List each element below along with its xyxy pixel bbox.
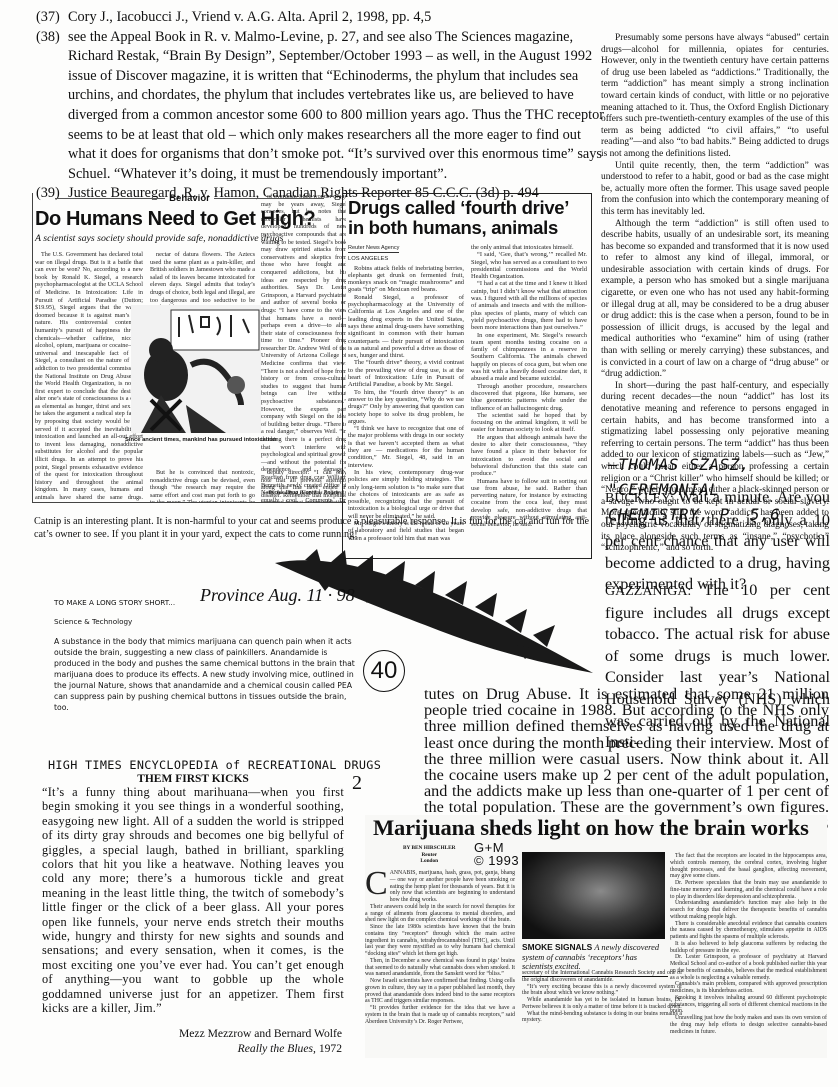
excerpt-authors: Mezz Mezzrow and Bernard Wolfe — [42, 1026, 342, 1041]
paragraph: ANNABIS, marijuana, hash, grass, pot, ga… — [390, 870, 515, 903]
footnotes: (37) Cory J., Iacobucci J., Vriend v. A.… — [36, 8, 606, 204]
paragraph: Now Israeli scientists have confirmed th… — [365, 978, 515, 1005]
excerpt-body: “It’s a funny thing about marihuana—when… — [42, 785, 344, 1016]
behavior-article: Behavior Do Humans Need to Get High? A s… — [32, 193, 346, 503]
margin-mark: 2 — [352, 772, 362, 795]
column-text: nectar of datura flowers. The Aztecs use… — [150, 251, 255, 312]
news-agency: Reuter News Agency — [348, 245, 399, 253]
column-text: The U.S. Government has declared total w… — [35, 251, 143, 503]
clipping-section: Science & Technology — [54, 617, 360, 626]
szasz-paragraph: Presumably some persons have always “abu… — [601, 33, 829, 161]
footnote-text: Cory J., Iacobucci J., Vriend v. A.G. Al… — [68, 8, 606, 28]
paragraph: “I think we have to recognize that one o… — [348, 425, 464, 469]
fourth-drive-article: Drugs called ‘fourth drive’ in both huma… — [342, 193, 592, 559]
paragraph: “It’s very exciting because this is a ne… — [522, 984, 682, 998]
clipping-body: A substance in the body that mimics mari… — [54, 636, 360, 713]
footnote-text: see the Appeal Book in R. v. Malmo-Levin… — [68, 28, 606, 185]
paragraph: It is also believed to help glaucoma suf… — [670, 941, 827, 955]
paragraph: Understanding anandamide’s function may … — [670, 900, 827, 920]
article-title: Marijuana sheds light on how the brain w… — [373, 815, 809, 841]
szasz-paragraph: Until quite recently, then, the term “ad… — [601, 161, 829, 219]
paragraph: There is considerable anecdotal evidence… — [670, 921, 827, 941]
paragraph: “I said, ‘Gee, that’s wrong,’” recalled … — [471, 251, 587, 280]
byline-location: London — [403, 858, 456, 865]
clipping-heading: TO MAKE A LONG STORY SHORT... — [54, 598, 360, 607]
article-byline: —By Jonathan Beaty/Los Angeles — [263, 490, 342, 496]
article-column: The fact that the receptors are located … — [670, 853, 827, 1035]
paragraph: Since the late 1980s scientists have kno… — [365, 924, 515, 958]
article-byline: BY BEN HIRSCHLER Reuter London — [403, 845, 456, 865]
paragraph: Unravelling just how the body makes and … — [670, 1015, 827, 1035]
footnote-37: (37) Cory J., Iacobucci J., Vriend v. A.… — [36, 8, 606, 28]
article-column: secretary of the International Cannabis … — [522, 970, 682, 1024]
handwritten-line: © 1993 — [474, 854, 519, 867]
footnote-number: (37) — [36, 8, 68, 28]
paragraph: the only animal that intoxicates himself… — [471, 244, 587, 251]
paragraph: Ronald Siegel, a professor of psychophar… — [348, 294, 464, 360]
paragraph: What the mind-bending substance is doing… — [522, 1011, 682, 1025]
caption-head: SMOKE SIGNALS — [522, 942, 592, 952]
excerpt-attribution: Mezz Mezzrow and Bernard Wolfe Really th… — [42, 1026, 342, 1056]
article-column: of overdose. Such wonder drugs may be ye… — [261, 193, 346, 503]
paragraph: In his view, contemporary drug-war polic… — [348, 469, 464, 520]
speaker-name: GAZZANIGA: — [605, 584, 691, 599]
paragraph: The fact that the receptors are located … — [670, 853, 827, 880]
paragraph: In one experiment, Mr. Siegel’s research… — [471, 332, 587, 383]
illustration-icon — [131, 305, 261, 433]
brain-article: Marijuana sheds light on how the brain w… — [365, 815, 827, 1058]
paragraph: Dr. Pertwee speculates that the brain ma… — [670, 880, 827, 900]
paragraph: Robins attack fields of inebriating berr… — [348, 265, 464, 294]
handwritten-note: G+M © 1993 — [474, 841, 519, 867]
article-title: Drugs called ‘fourth drive’ in both huma… — [348, 198, 586, 238]
long-story-short-clipping: TO MAKE A LONG STORY SHORT... Science & … — [54, 598, 360, 713]
paragraph: “I had a cat at the time and I knew it l… — [471, 280, 587, 331]
paragraph: Humans have to follow suit in sorting ou… — [471, 478, 587, 529]
footnote-number: (38) — [36, 28, 68, 185]
illustration-caption: Since ancient times, mankind has pursued… — [125, 437, 276, 443]
article-column: The U.S. Government has declared total w… — [35, 251, 143, 503]
excerpt-year: 1972 — [319, 1042, 342, 1055]
paragraph: While anandamide has yet to be isolated … — [522, 997, 682, 1011]
paragraph: The “fourth drive” theory, a vivid contr… — [348, 359, 464, 388]
article-column: deputy director: “I can only note that a… — [261, 469, 346, 503]
ancient-intoxication-illustration — [131, 305, 261, 433]
speech-text: tutes on Drug Abuse. It is estimated tha… — [424, 685, 829, 833]
handwritten-heading: HIGH TIMES ENCYCLOPEDIA of RECREATIONAL … — [48, 758, 381, 772]
article-column: But he is convinced that nontoxic, nonad… — [150, 469, 255, 503]
article-column: CANNABIS, marijuana, hash, grass, pot, g… — [365, 870, 515, 1025]
page-number: 40 — [363, 650, 405, 692]
dateline: LOS ANGELES — [348, 256, 464, 263]
title-line: in both humans, animals — [348, 218, 586, 238]
excerpt-title: THEM FIRST KICKS — [42, 773, 344, 785]
speaker-name: BUCKLEY: — [605, 491, 674, 506]
paragraph: The scientist said he hoped that by focu… — [471, 412, 587, 434]
excerpt-source: Really the Blues, — [238, 1042, 316, 1055]
paragraph: Dr. Lester Grinspoon, a professor of psy… — [670, 954, 827, 981]
smoker-photo — [522, 852, 665, 939]
footnote-38: (38) see the Appeal Book in R. v. Malmo-… — [36, 28, 606, 185]
paragraph: “It provides further evidence for the id… — [365, 1005, 515, 1025]
them-first-kicks-excerpt: THEM FIRST KICKS “It’s a funny thing abo… — [42, 773, 344, 1056]
paragraph: Smoking it involves inhaling around 60 d… — [670, 995, 827, 1015]
paragraph: To him, the “fourth drive theory” is an … — [348, 389, 464, 425]
article-column: Reuter News Agency LOS ANGELES Robins at… — [348, 244, 464, 542]
column-text: of overdose. Such wonder drugs may be ye… — [261, 193, 346, 503]
paragraph: Through another procedure, researchers d… — [471, 383, 587, 412]
title-line: Drugs called ‘fourth drive’ — [348, 198, 586, 218]
article-column: the only animal that intoxicates himself… — [471, 244, 587, 529]
paragraph: He argues that although animals have the… — [471, 434, 587, 478]
drop-cap: C — [365, 870, 388, 898]
paragraph: Mr. Siegel’s theory is the result of 20 … — [348, 520, 464, 542]
paragraph: Then, in December a new chemical was fou… — [365, 958, 515, 978]
column-text: But he is convinced that nontoxic, nonad… — [150, 469, 255, 503]
paragraph: Their answers could help in the search f… — [365, 904, 515, 924]
byline-author: BY BEN HIRSCHLER — [403, 845, 456, 852]
article-subtitle: A scientist says society should provide … — [35, 233, 283, 244]
column-text: deputy director: “I can only note that a… — [261, 469, 346, 503]
szasz-paragraph: Although the term “addiction” is still o… — [601, 219, 829, 381]
paragraph: secretary of the International Cannabis … — [522, 970, 682, 984]
paragraph: Cannabis’s main problem, compared with a… — [670, 981, 827, 995]
article-column: nectar of datura flowers. The Aztecs use… — [150, 251, 255, 312]
